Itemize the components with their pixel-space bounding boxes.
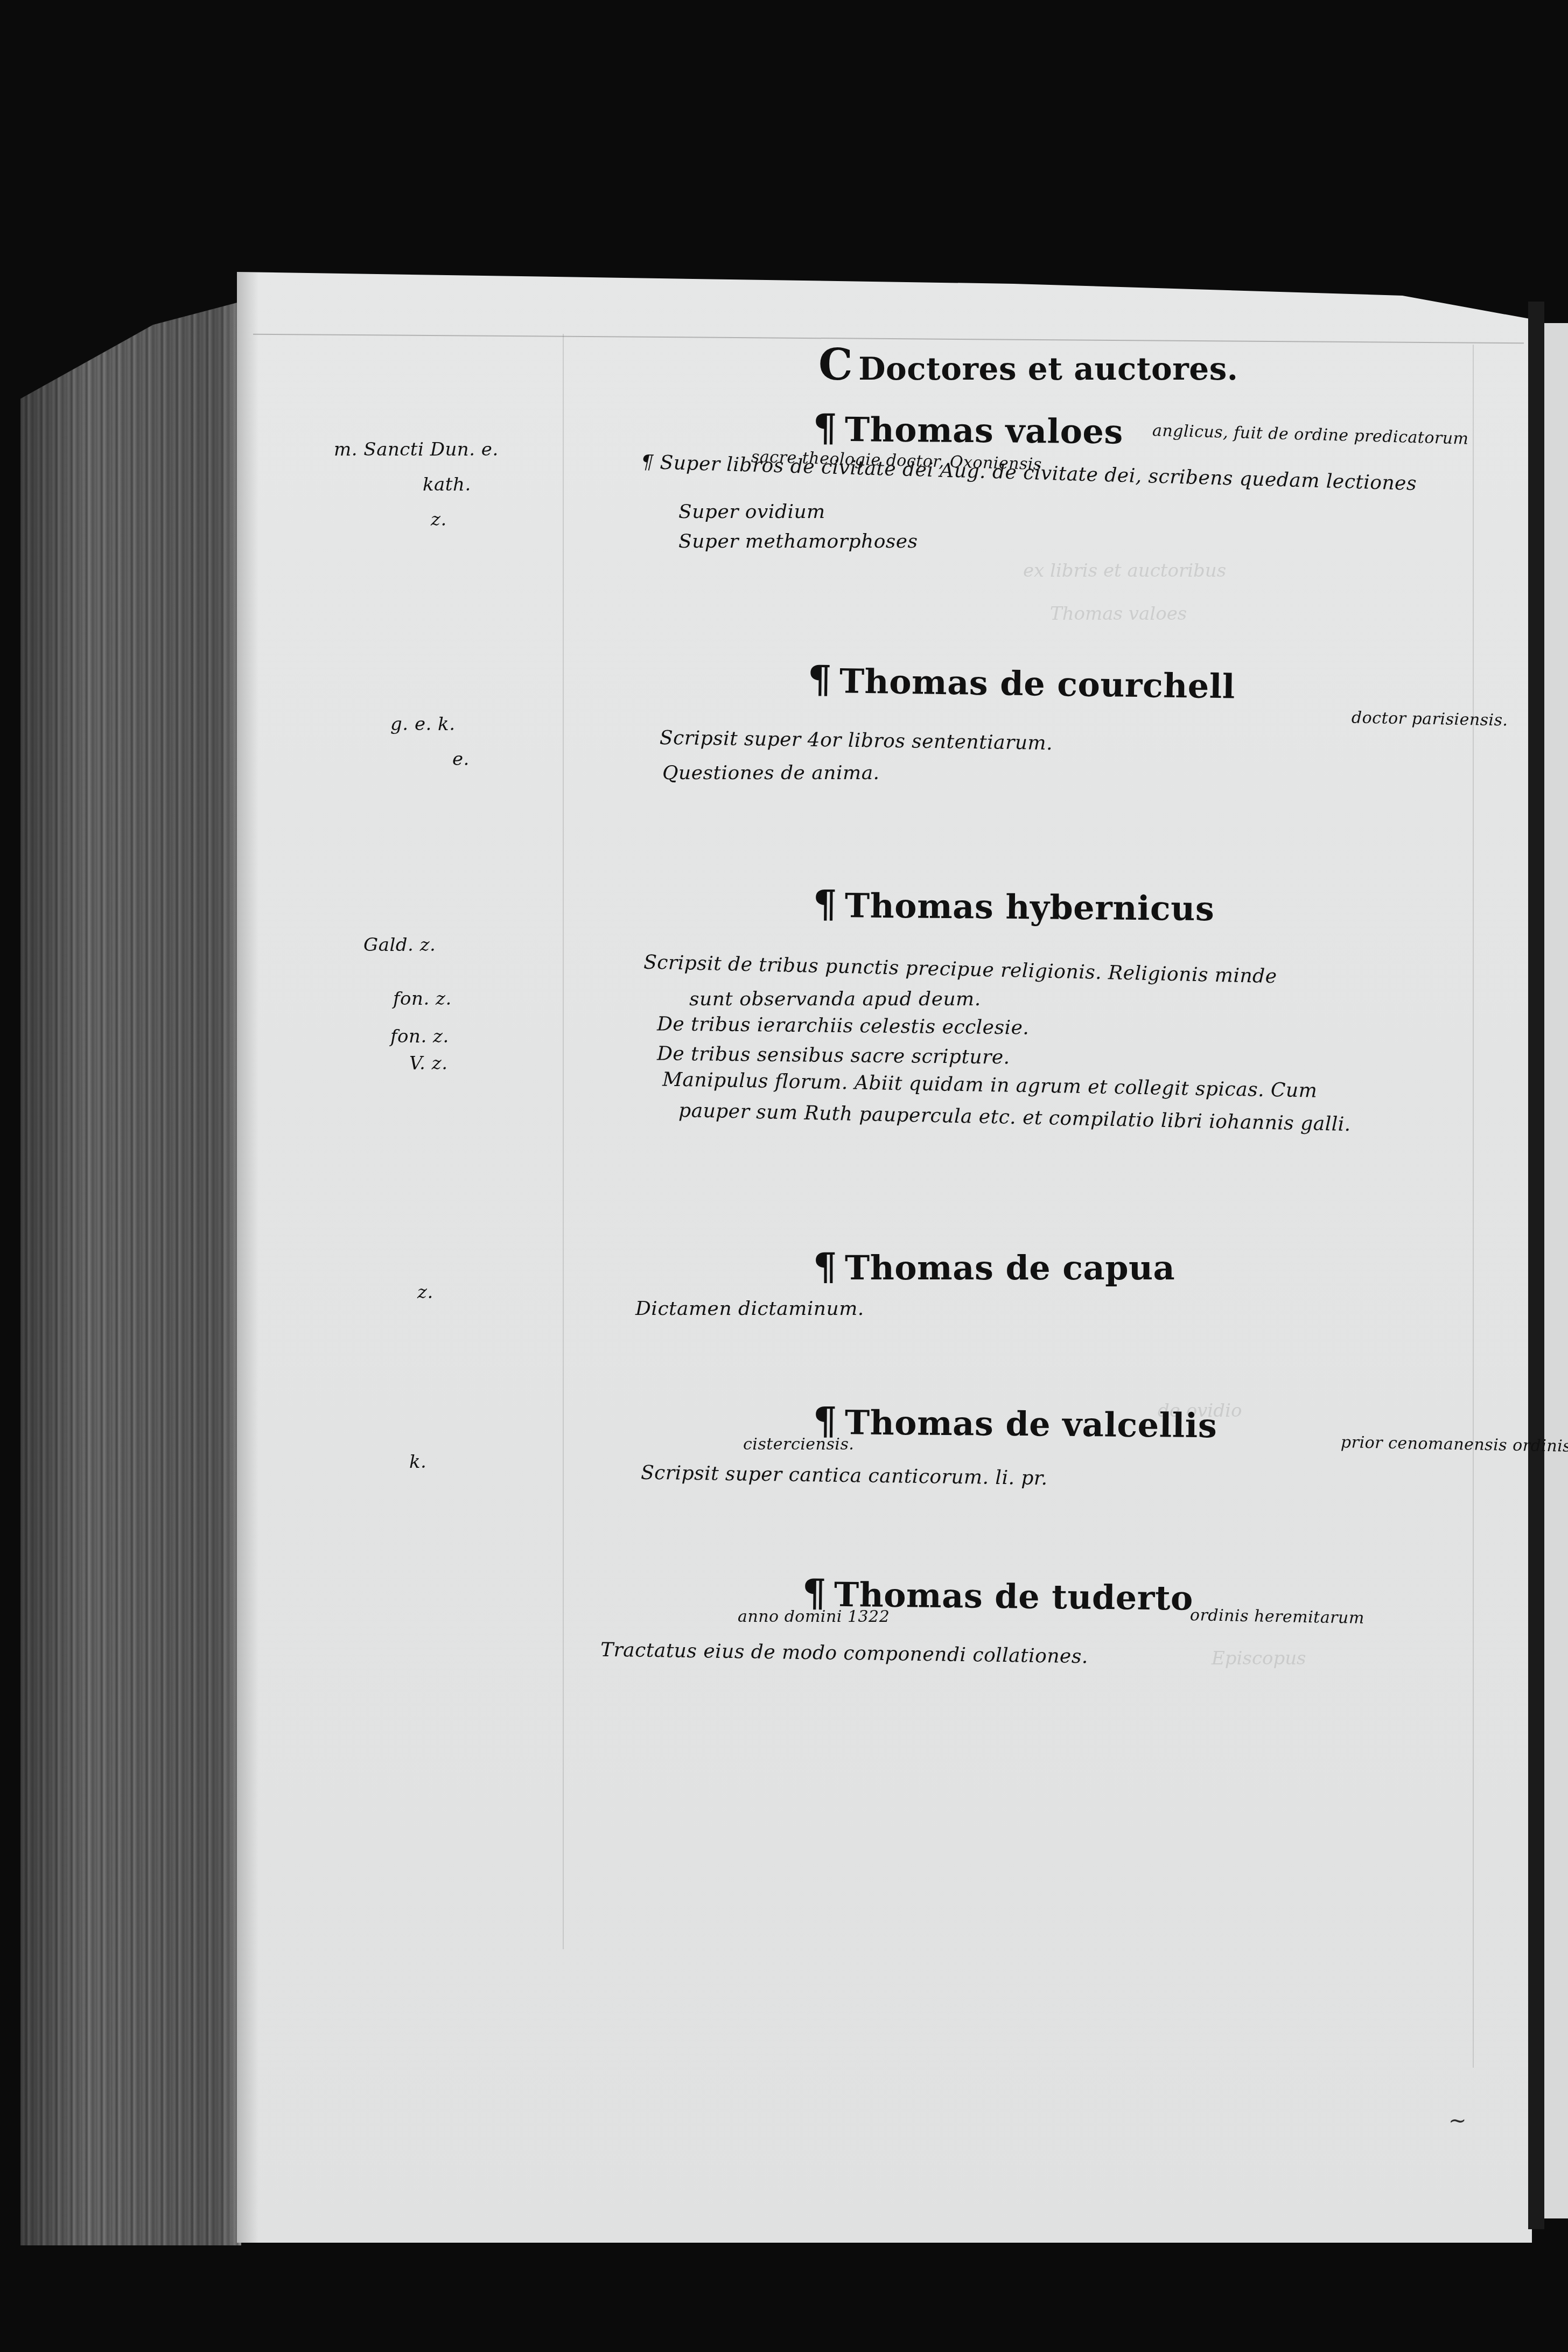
margin-shelfmark: Gald. z.: [363, 934, 436, 956]
margin-shelfmark: m. Sancti Dun. e.: [334, 439, 499, 460]
entry-note: anno domini 1322: [738, 1607, 890, 1626]
entry-note: ordinis heremitarum: [1190, 1606, 1364, 1628]
margin-shelfmark: g. e. k.: [390, 713, 456, 735]
entry-name: Thomas de capua: [845, 1248, 1175, 1287]
entry-name: Thomas valoes: [845, 410, 1123, 452]
facing-page-edge: [1544, 323, 1568, 2218]
entry-line: Dictamen dictaminum.: [635, 1298, 864, 1320]
margin-shelfmark: z.: [417, 1282, 433, 1303]
pilcrow-mark: ¶: [813, 405, 838, 450]
entry-name: Thomas de courchell: [839, 661, 1236, 706]
right-margin-rule: [1473, 345, 1474, 2068]
margin-shelfmark: V. z.: [409, 1053, 447, 1074]
entry-name: Thomas de valcellis: [845, 1403, 1217, 1445]
bleed-through-text: Episcopus: [1212, 1648, 1306, 1669]
entry-heading-thomas-valoes: ¶Thomas valoes: [813, 405, 1124, 452]
entry-line: Super ovidium: [678, 501, 825, 523]
entry-line: Super methamorphoses: [678, 530, 918, 552]
entry-note: prior cenomanensis ordinis: [1341, 1433, 1568, 1455]
gutter-shadow: [1528, 302, 1544, 2229]
stray-ink-mark: ~: [1448, 2108, 1467, 2133]
entry-line: Questiones de anima.: [662, 762, 880, 784]
margin-shelfmark: fon. z.: [390, 1026, 449, 1047]
decorated-initial: C: [818, 339, 853, 390]
margin-shelfmark: fon. z.: [393, 988, 452, 1010]
bleed-through-text: Thomas valoes: [1050, 603, 1187, 625]
entry-heading-thomas-de-courchell: ¶Thomas de courchell: [807, 656, 1235, 707]
entry-heading-thomas-de-valcellis: ¶Thomas de valcellis: [813, 1398, 1217, 1447]
bleed-through-text: ex libris et auctoribus: [1023, 560, 1226, 582]
entry-name: Thomas hybernicus: [845, 886, 1215, 928]
section-heading: CDoctores et auctores.: [818, 339, 1238, 390]
entry-heading-thomas-de-capua: ¶Thomas de capua: [813, 1244, 1175, 1289]
pilcrow-mark: ¶: [807, 656, 832, 702]
margin-shelfmark: e.: [452, 748, 470, 770]
entry-line: De tribus sensibus sacre scripture.: [657, 1043, 1010, 1069]
margin-shelfmark: kath.: [423, 474, 471, 495]
entry-note: doctor parisiensis.: [1352, 708, 1508, 730]
left-margin-rule: [563, 334, 564, 1949]
book-fore-edge: [20, 302, 241, 2245]
pilcrow-mark: ¶: [813, 881, 838, 926]
section-heading-text: Doctores et auctores.: [858, 351, 1238, 387]
margin-shelfmark: z.: [431, 509, 447, 530]
margin-shelfmark: k.: [409, 1451, 426, 1473]
entry-heading-thomas-hybernicus: ¶Thomas hybernicus: [813, 881, 1215, 930]
pilcrow-mark: ¶: [813, 1244, 837, 1289]
entry-line: De tribus ierarchiis celestis ecclesie.: [657, 1013, 1030, 1039]
entry-note: cisterciensis.: [743, 1435, 854, 1454]
entry-line: sunt observanda apud deum.: [689, 988, 981, 1010]
